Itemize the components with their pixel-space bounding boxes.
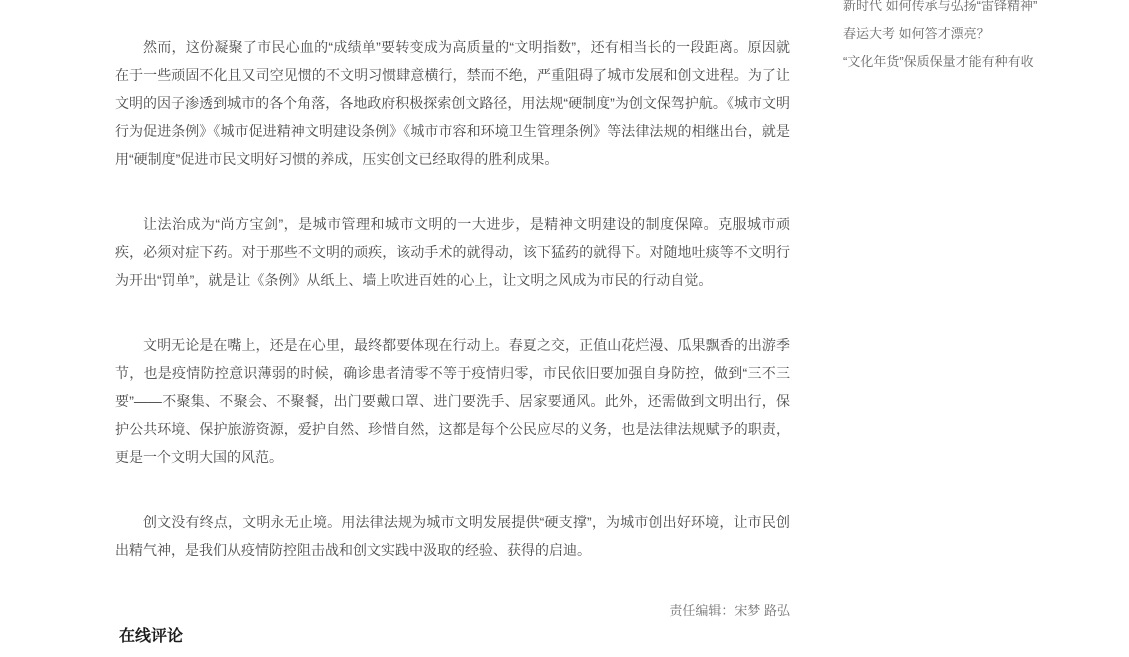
editor-credit: 责任编辑：宋梦 路弘 <box>115 601 790 621</box>
article-paragraph-3: 文明无论是在嘴上，还是在心里，最终都要体现在行动上。春夏之交，正值山花烂漫、瓜果… <box>115 331 790 471</box>
related-article-link-2[interactable]: 春运大考 如何答才漂亮？ <box>843 20 1093 48</box>
article-body: 然而，这份凝聚了市民心血的“成绩单”要转变成为高质量的“文明指数”，还有相当长的… <box>115 33 790 648</box>
article-paragraph-4: 创文没有终点，文明永无止境。用法律法规为城市文明发展提供“硬支撑”，为城市创出好… <box>115 508 790 564</box>
article-paragraph-2: 让法治成为“尚方宝剑”，是城市管理和城市文明的一大进步，是精神文明建设的制度保障… <box>115 210 790 294</box>
comments-section-title: 在线评论 <box>119 626 790 648</box>
related-article-link-1[interactable]: 新时代 如何传承与弘扬“雷锋精神” <box>843 0 1093 20</box>
article-paragraph-1: 然而，这份凝聚了市民心血的“成绩单”要转变成为高质量的“文明指数”，还有相当长的… <box>115 33 790 173</box>
related-articles-list: 新时代 如何传承与弘扬“雷锋精神” 春运大考 如何答才漂亮？ “文化年货”保质保… <box>843 0 1093 76</box>
article-page: 然而，这份凝聚了市民心血的“成绩单”要转变成为高质量的“文明指数”，还有相当长的… <box>0 0 1129 657</box>
related-article-link-3[interactable]: “文化年货”保质保量才能有种有收 <box>843 48 1093 76</box>
